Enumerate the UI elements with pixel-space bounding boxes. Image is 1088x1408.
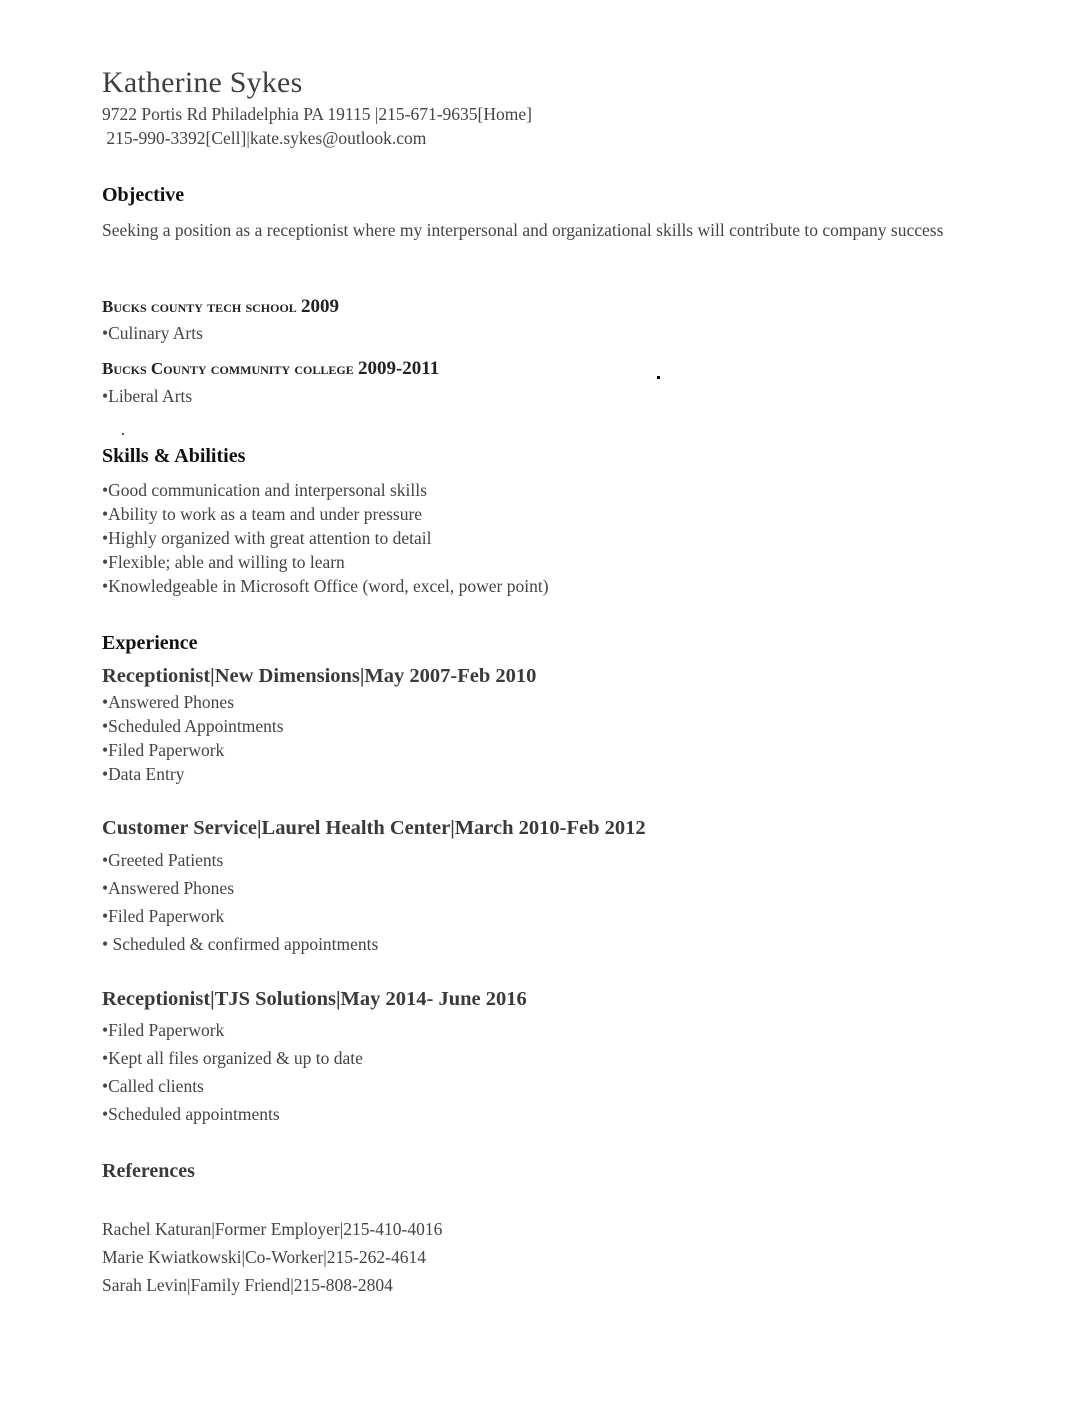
objective-text: Seeking a position as a receptionist whe… [102, 218, 982, 242]
applicant-name: Katherine Sykes [102, 66, 302, 100]
school-years: 2009-2011 [358, 358, 439, 379]
scan-speck [122, 433, 124, 435]
contact-address-line: 9722 Portis Rd Philadelphia PA 19115 |21… [102, 104, 532, 125]
skills-heading: Skills & Abilities [102, 445, 245, 468]
education-entry-1: Bucks county tech school 2009 [102, 296, 339, 318]
contact-email-line: 215-990-3392[Cell]|kate.sykes@outlook.co… [102, 128, 426, 149]
references-heading: References [102, 1160, 195, 1183]
job-duty: •Scheduled appointments [102, 1104, 280, 1125]
job-duty: •Filed Paperwork [102, 1020, 224, 1041]
skill-item: •Highly organized with great attention t… [102, 528, 431, 549]
job-duty: •Kept all files organized & up to date [102, 1048, 363, 1069]
scan-speck [657, 376, 660, 379]
job-duty: •Filed Paperwork [102, 740, 224, 761]
job-duty: •Called clients [102, 1076, 204, 1097]
skill-item: •Flexible; able and willing to learn [102, 552, 345, 573]
reference-item: Marie Kwiatkowski|Co-Worker|215-262-4614 [102, 1247, 426, 1268]
skill-item: •Knowledgeable in Microsoft Office (word… [102, 576, 549, 597]
job-duty: •Data Entry [102, 764, 184, 785]
job-title: Customer Service|Laurel Health Center|Ma… [102, 817, 646, 840]
skill-item: •Ability to work as a team and under pre… [102, 504, 422, 525]
school-name: Bucks County community college [102, 359, 354, 378]
school-name: Bucks county tech school [102, 297, 297, 316]
job-duty: •Answered Phones [102, 878, 234, 899]
reference-item: Rachel Katuran|Former Employer|215-410-4… [102, 1219, 442, 1240]
job-duty: •Filed Paperwork [102, 906, 224, 927]
job-duty: •Greeted Patients [102, 850, 223, 871]
education-item-1: •Culinary Arts [102, 323, 203, 344]
job-duty: • Scheduled & confirmed appointments [102, 934, 378, 955]
school-years: 2009 [301, 296, 339, 317]
job-duty: •Answered Phones [102, 692, 234, 713]
skill-item: •Good communication and interpersonal sk… [102, 480, 427, 501]
reference-item: Sarah Levin|Family Friend|215-808-2804 [102, 1275, 393, 1296]
job-duty: •Scheduled Appointments [102, 716, 284, 737]
job-title: Receptionist|TJS Solutions|May 2014- Jun… [102, 988, 527, 1011]
objective-heading: Objective [102, 184, 184, 207]
experience-heading: Experience [102, 632, 198, 655]
job-title: Receptionist|New Dimensions|May 2007-Feb… [102, 665, 536, 688]
education-item-2: •Liberal Arts [102, 386, 192, 407]
education-entry-2: Bucks County community college 2009-2011 [102, 358, 439, 380]
resume-page: Katherine Sykes 9722 Portis Rd Philadelp… [0, 0, 1088, 1408]
